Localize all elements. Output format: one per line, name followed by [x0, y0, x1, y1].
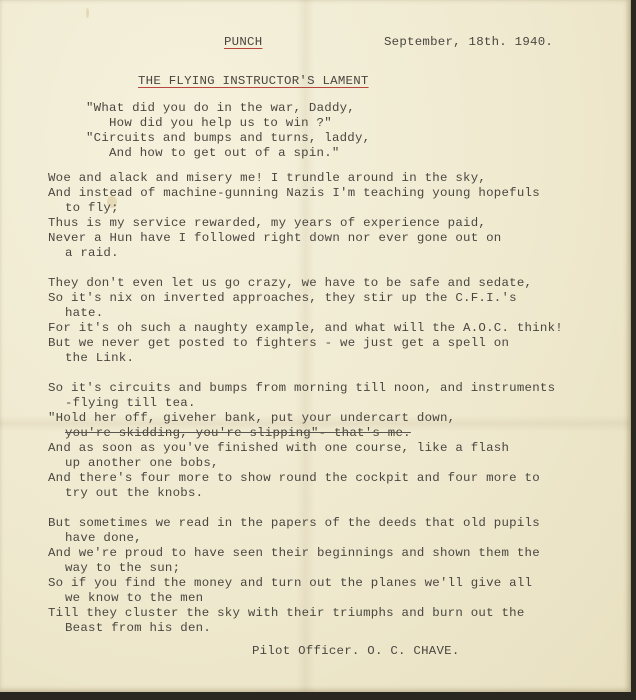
poem-title: THE FLYING INSTRUCTOR'S LAMENT: [138, 74, 369, 89]
poem-epigraph: "What did you do in the war, Daddy,How d…: [86, 101, 370, 161]
poem-stanza: But sometimes we read in the papers of t…: [48, 516, 563, 636]
poem-line: "Hold her off, giveher bank, put your un…: [48, 411, 563, 426]
epigraph-line: And how to get out of a spin.": [86, 146, 370, 161]
poem-line: Thus is my service rewarded, my years of…: [48, 216, 563, 231]
poem-line: And as soon as you've finished with one …: [48, 441, 563, 456]
poem-stanza: They don't even let us go crazy, we have…: [48, 276, 563, 366]
poem-line: So it's nix on inverted approaches, they…: [48, 291, 563, 306]
poem-line: So it's circuits and bumps from morning …: [48, 381, 563, 396]
poem-line: For it's oh such a naughty example, and …: [48, 321, 563, 336]
poem-line: Beast from his den.: [48, 621, 563, 636]
poem-line: Woe and alack and misery me! I trundle a…: [48, 171, 563, 186]
poem-line: have done,: [48, 531, 563, 546]
epigraph-line: "Circuits and bumps and turns, laddy,: [86, 131, 370, 146]
epigraph-line: How did you help us to win ?": [86, 116, 370, 131]
poem-line: we know to the men: [48, 591, 563, 606]
poem-body: Woe and alack and misery me! I trundle a…: [48, 171, 563, 651]
poem-stanza: So it's circuits and bumps from morning …: [48, 381, 563, 501]
poem-line: But we never get posted to fighters - we…: [48, 336, 563, 351]
poem-line: try out the knobs.: [48, 486, 563, 501]
poem-line: to fly;: [48, 201, 563, 216]
poem-line: up another one bobs,: [48, 456, 563, 471]
poem-line: you're skidding, you're slipping"- that'…: [48, 426, 563, 441]
poem-stanza: Woe and alack and misery me! I trundle a…: [48, 171, 563, 261]
paper-stain: [86, 8, 89, 18]
poem-line: So if you find the money and turn out th…: [48, 576, 563, 591]
publication-name: PUNCH: [224, 35, 262, 50]
author-signature: Pilot Officer. O. C. CHAVE.: [252, 644, 460, 659]
poem-line: And we're proud to have seen their begin…: [48, 546, 563, 561]
poem-line: And there's four more to show round the …: [48, 471, 563, 486]
poem-line: They don't even let us go crazy, we have…: [48, 276, 563, 291]
poem-line: -flying till tea.: [48, 396, 563, 411]
poem-line: Till they cluster the sky with their tri…: [48, 606, 563, 621]
poem-line: hate.: [48, 306, 563, 321]
epigraph-line: "What did you do in the war, Daddy,: [86, 101, 370, 116]
poem-line: Never a Hun have I followed right down n…: [48, 231, 563, 246]
poem-line: way to the sun;: [48, 561, 563, 576]
typed-page: PUNCH September, 18th. 1940. THE FLYING …: [0, 0, 631, 692]
poem-line: a raid.: [48, 246, 563, 261]
poem-line: And instead of machine-gunning Nazis I'm…: [48, 186, 563, 201]
publication-date: September, 18th. 1940.: [384, 35, 553, 50]
poem-line: But sometimes we read in the papers of t…: [48, 516, 563, 531]
poem-line: the Link.: [48, 351, 563, 366]
